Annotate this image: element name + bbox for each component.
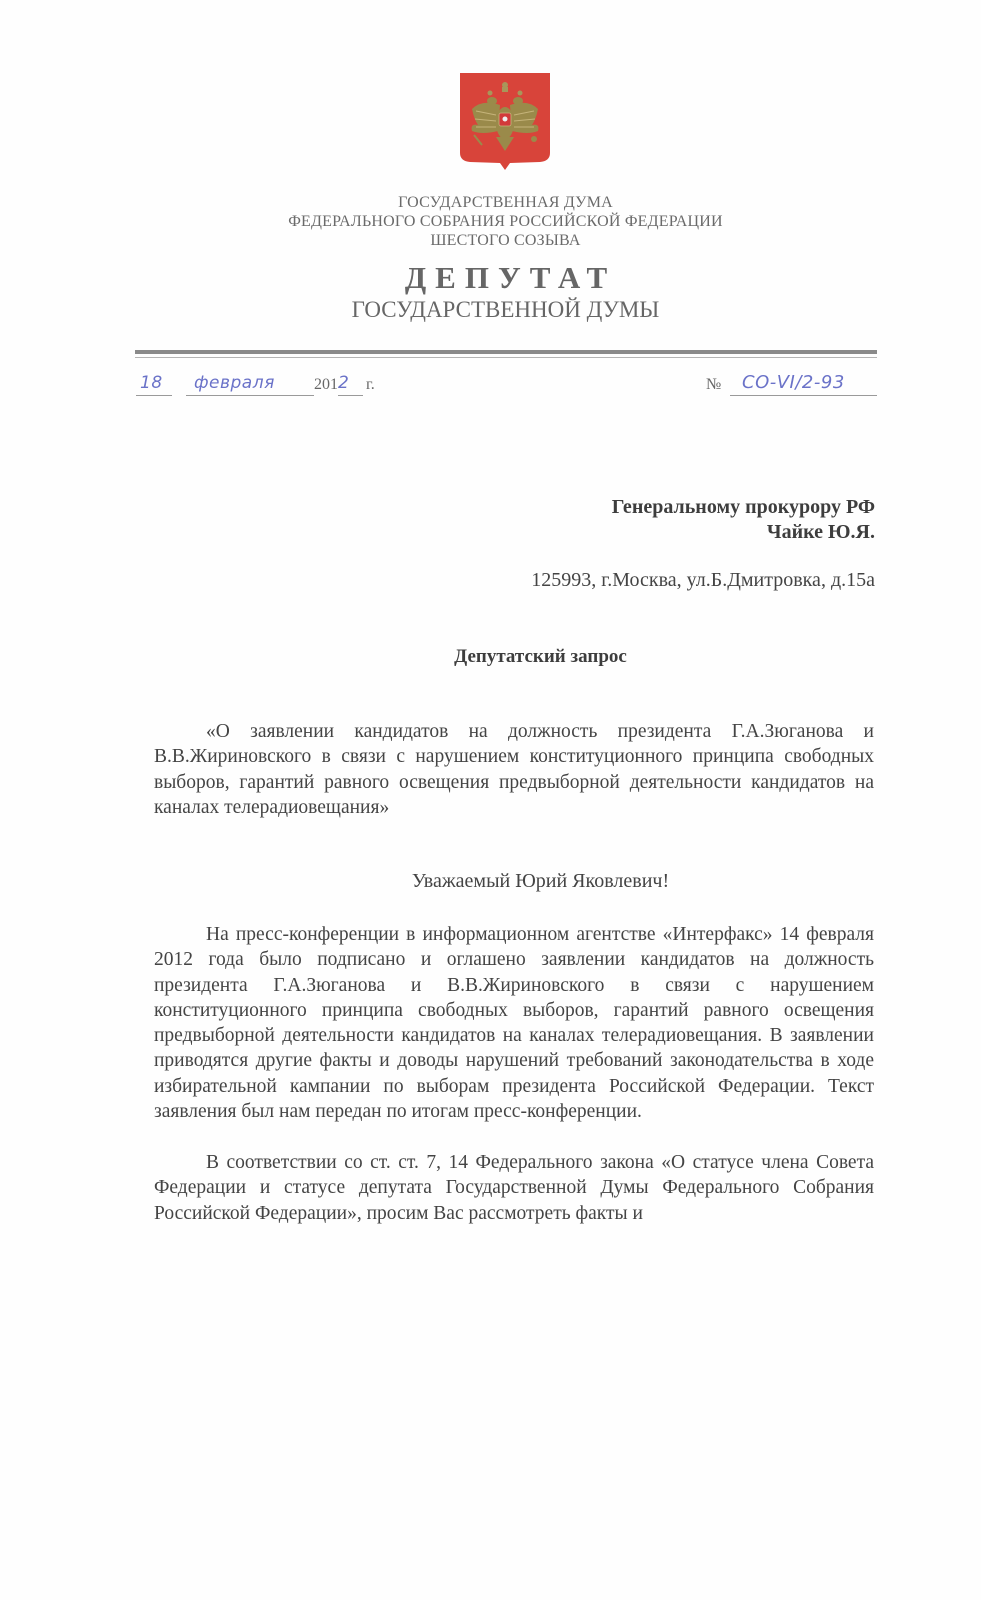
addressee-postal-address: 125993, г.Москва, ул.Б.Дмитровка, д.15а <box>531 569 875 592</box>
addressee-name: Чайке Ю.Я. <box>767 520 875 544</box>
document-page: ГОСУДАРСТВЕННАЯ ДУМА ФЕДЕРАЛЬНОГО СОБРАН… <box>0 0 981 1600</box>
body-paragraph-1: На пресс-конференции в информационном аг… <box>154 922 874 1124</box>
addressee-position: Генеральному прокурору РФ <box>612 495 875 519</box>
date-year-field: 2 <box>338 374 363 396</box>
date-year-handwritten: 2 <box>338 373 349 393</box>
letterhead-rule-thick <box>135 350 877 354</box>
salutation: Уважаемый Юрий Яковлевич! <box>0 870 981 893</box>
date-day-field: 18 <box>136 374 172 396</box>
reference-number-field: СО-VI/2-93 <box>730 374 877 396</box>
letterhead-line-1: ГОСУДАРСТВЕННАЯ ДУМА <box>0 193 981 212</box>
date-month-handwritten: февраля <box>194 373 275 393</box>
reference-number-label: № <box>706 376 721 394</box>
letterhead-rule-thin <box>135 357 877 358</box>
coat-of-arms-icon <box>460 73 550 171</box>
letterhead-title: ДЕПУТАТ <box>0 260 981 296</box>
document-subject: «О заявлении кандидатов на должность пре… <box>154 719 874 820</box>
date-day-handwritten: 18 <box>140 373 163 393</box>
letterhead-line-2: ФЕДЕРАЛЬНОГО СОБРАНИЯ РОССИЙСКОЙ ФЕДЕРАЦ… <box>0 212 981 231</box>
reference-number-handwritten: СО-VI/2-93 <box>742 372 845 393</box>
date-year-prefix: 201 <box>314 376 338 394</box>
document-title: Депутатский запрос <box>0 646 981 668</box>
body-paragraph-2: В соответствии со ст. ст. 7, 14 Федераль… <box>154 1150 874 1226</box>
date-year-marker: г. <box>366 376 375 394</box>
letterhead-subtitle: ГОСУДАРСТВЕННОЙ ДУМЫ <box>0 296 981 324</box>
letterhead-line-3: ШЕСТОГО СОЗЫВА <box>0 231 981 250</box>
date-month-field: февраля <box>186 374 314 396</box>
